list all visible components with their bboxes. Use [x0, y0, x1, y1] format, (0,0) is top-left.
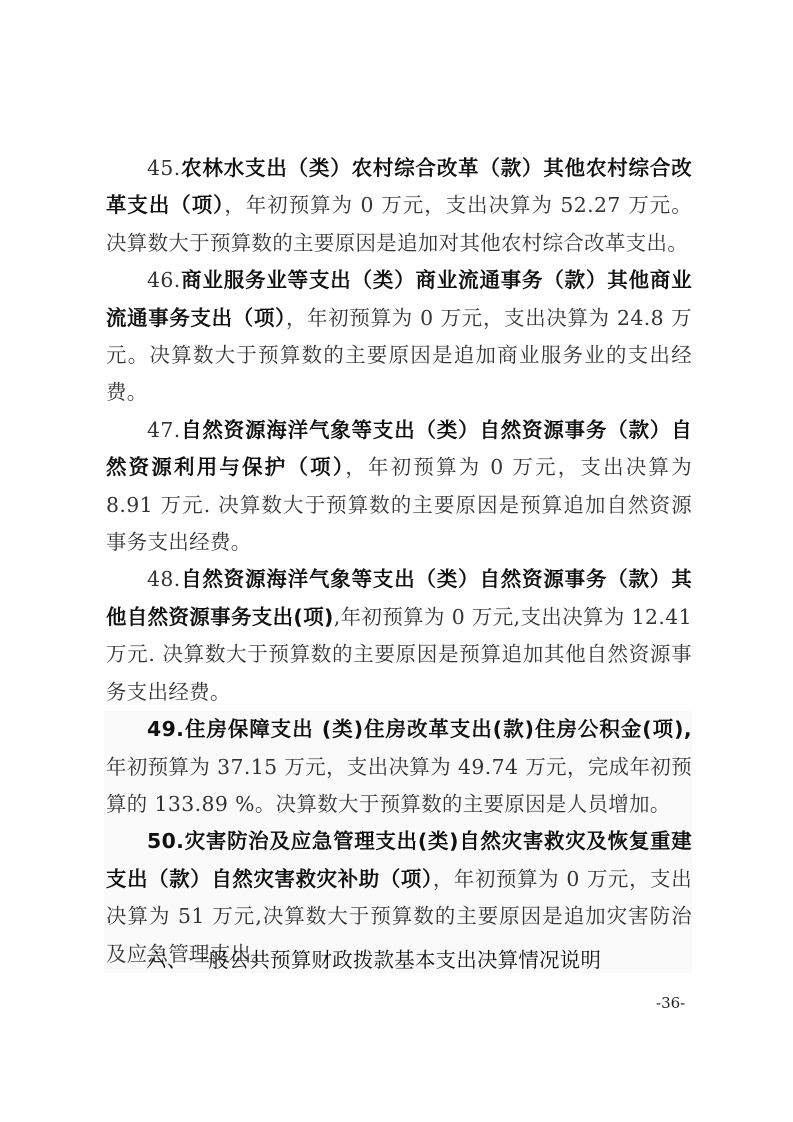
- item-number: 48.: [106, 567, 181, 591]
- item-number: 47.: [106, 418, 181, 442]
- page-number: -36-: [656, 994, 685, 1012]
- item-number: 46.: [106, 268, 181, 292]
- item-number: 45.: [106, 156, 181, 180]
- paragraph-47: 47.自然资源海洋气象等支出（类）自然资源事务（款）自然资源利用与保护（项），年…: [106, 412, 692, 562]
- item-number: 49.: [106, 717, 184, 741]
- paragraph-48: 48.自然资源海洋气象等支出（类）自然资源事务（款）其他自然资源事务支出(项),…: [106, 561, 692, 711]
- item-description: 年初预算为 37.15 万元，支出决算为 49.74 万元，完成年初预算的 13…: [106, 755, 692, 816]
- shaded-block: 49.住房保障支出 (类)住房改革支出(款)住房公积金(项),年初预算为 37.…: [104, 711, 692, 973]
- document-body: 45.农林水支出（类）农村综合改革（款）其他农村综合改革支出（项），年初预算为 …: [106, 150, 692, 973]
- paragraph-49: 49.住房保障支出 (类)住房改革支出(款)住房公积金(项),年初预算为 37.…: [106, 711, 692, 823]
- item-number: 50.: [106, 829, 184, 853]
- item-category-title: 住房保障支出 (类)住房改革支出(款)住房公积金(项),: [184, 717, 692, 741]
- document-page: 45.农林水支出（类）农村综合改革（款）其他农村综合改革支出（项），年初预算为 …: [0, 0, 793, 1122]
- section-heading: 六、一般公共预算财政拨款基本支出决算情况说明: [146, 945, 601, 975]
- paragraph-46: 46.商业服务业等支出（类）商业流通事务（款）其他商业流通事务支出（项），年初预…: [106, 262, 692, 412]
- paragraph-45: 45.农林水支出（类）农村综合改革（款）其他农村综合改革支出（项），年初预算为 …: [106, 150, 692, 262]
